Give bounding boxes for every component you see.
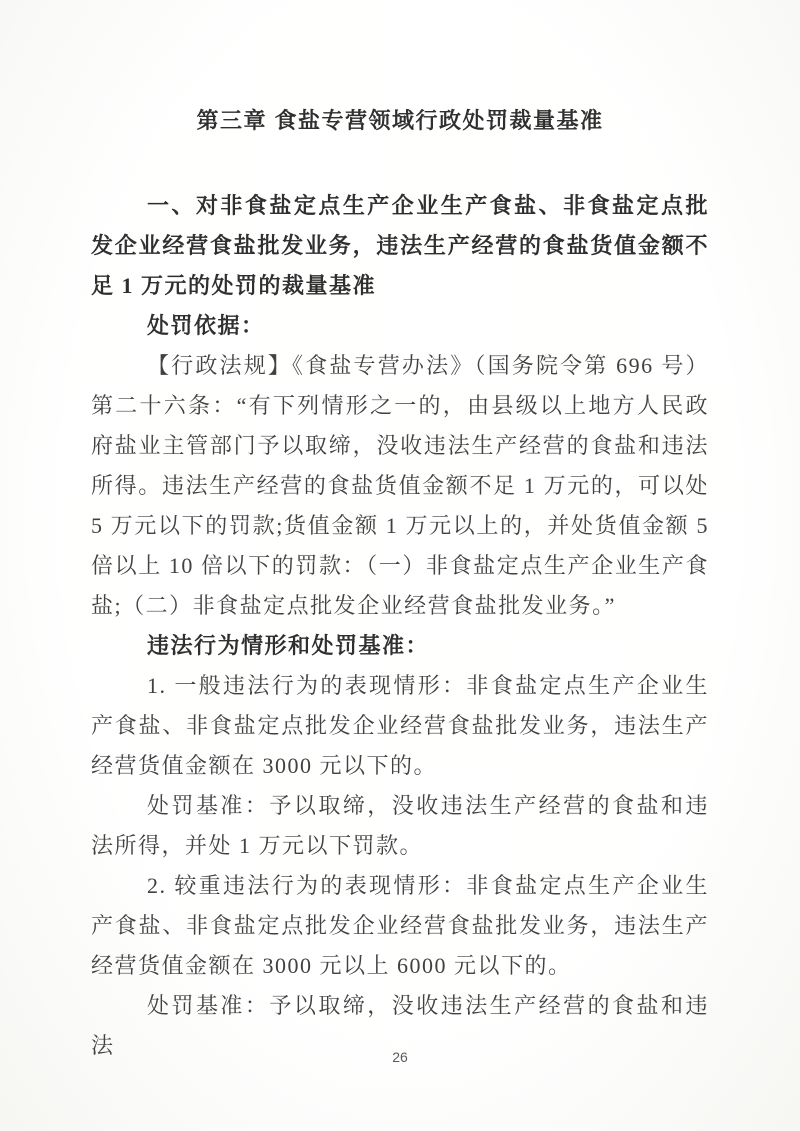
section-heading: 一、对非食盐定点生产企业生产食盐、非食盐定点批发企业经营食盐批发业务，违法生产经… [91,186,709,306]
page-number: 26 [392,1049,408,1065]
sub-heading: 处罚依据： [91,306,709,346]
body-paragraph: 1. 一般违法行为的表现情形：非食盐定点生产企业生产食盐、非食盐定点批发企业经营… [91,666,709,786]
document-body: 一、对非食盐定点生产企业生产食盐、非食盐定点批发企业经营食盐批发业务，违法生产经… [0,186,800,1066]
body-paragraph: 2. 较重违法行为的表现情形：非食盐定点生产企业生产食盐、非食盐定点批发企业经营… [91,866,709,986]
document-page: 第三章 食盐专营领域行政处罚裁量基准 一、对非食盐定点生产企业生产食盐、非食盐定… [0,0,800,1131]
sub-heading: 违法行为情形和处罚基准： [91,626,709,666]
page-title: 第三章 食盐专营领域行政处罚裁量基准 [90,101,710,141]
body-paragraph: 【行政法规】《食盐专营办法》（国务院令第 696 号）第二十六条：“有下列情形之… [91,346,709,626]
page-footer: 26 [0,1049,800,1067]
body-paragraph: 处罚基准：予以取缔，没收违法生产经营的食盐和违法所得，并处 1 万元以下罚款。 [91,786,709,866]
